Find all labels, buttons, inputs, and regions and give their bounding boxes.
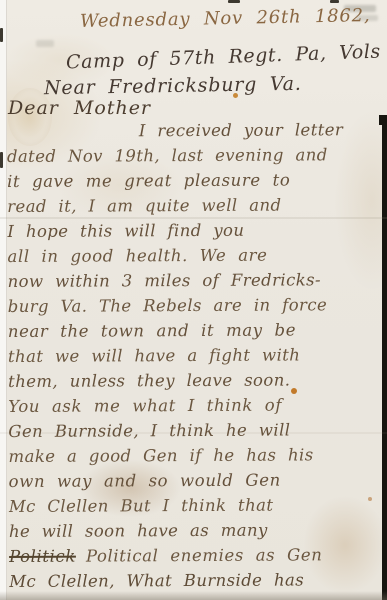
letter-line: I received your letter xyxy=(7,117,381,144)
salutation: Dear Mother xyxy=(8,97,151,119)
strike-line-rest: Political enemies as Gen xyxy=(86,545,323,565)
letter-scan: Wednesday Nov 26th 1862, Camp of 57th Re… xyxy=(0,0,387,600)
letter-line: You ask me what I think of xyxy=(8,392,382,419)
letter-line: it gave me great pleasure to xyxy=(7,167,381,194)
place-line: Near Fredricksburg Va. xyxy=(44,73,302,99)
letter-line: own way and so would Gen xyxy=(9,467,383,494)
letter-line: Mc Clellen, What Burnside has xyxy=(9,567,383,594)
letter-line: Gen Burnside, I think he will xyxy=(8,417,382,444)
letter-line-struck: PolitickPolitical enemies as Gen xyxy=(9,542,383,569)
letter-line: all in good health. We are xyxy=(7,242,381,269)
edge-mark xyxy=(0,152,3,168)
letter-line: burg Va. The Rebels are in force xyxy=(8,292,382,319)
letter-line: them, unless they leave soon. xyxy=(8,367,382,394)
edge-mark xyxy=(330,0,339,3)
letter-line: Mc Clellen But I think that xyxy=(9,492,383,519)
struck-word: Politick xyxy=(9,547,76,566)
letter-line: read it, I am quite well and xyxy=(7,192,381,219)
letter-body: I received your letter dated Nov 19th, l… xyxy=(7,117,383,594)
scan-edge-left xyxy=(0,0,7,600)
letter-line: now within 3 miles of Fredricks- xyxy=(8,267,382,294)
letter-line: I hope this will find you xyxy=(7,217,381,244)
letter-line: dated Nov 19th, last evening and xyxy=(7,142,381,169)
edge-mark xyxy=(0,28,3,42)
letter-line: that we will have a fight with xyxy=(8,342,382,369)
letter-line: make a good Gen if he has his xyxy=(8,442,382,469)
pencil-smudge xyxy=(36,40,54,47)
letter-line: he will soon have as many xyxy=(9,517,383,544)
letter-line: near the town and it may be xyxy=(8,317,382,344)
edge-mark xyxy=(228,0,240,3)
